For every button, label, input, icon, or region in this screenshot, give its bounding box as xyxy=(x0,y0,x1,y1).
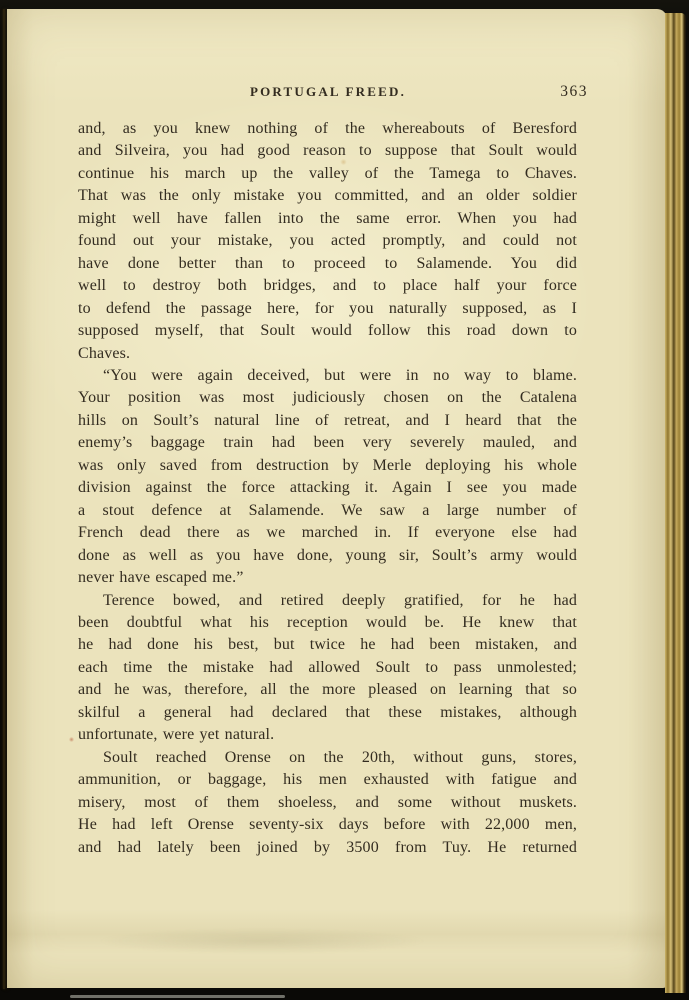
text-line: have done better than to proceed to Sala… xyxy=(78,253,577,275)
text-line: French dead there as we marched in. If e… xyxy=(78,522,577,544)
paragraph: and, as you knew nothing of the whereabo… xyxy=(78,118,577,365)
foxing-speck xyxy=(340,159,347,165)
paper-smudge xyxy=(97,928,427,954)
text-line: never have escaped me.” xyxy=(78,567,577,589)
text-line: unfortunate, were yet natural. xyxy=(78,724,577,746)
text-line: a stout defence at Salamende. We saw a l… xyxy=(78,500,577,522)
text-line: skilful a general had declared that thes… xyxy=(78,702,577,724)
scanner-edge-highlight xyxy=(70,995,285,998)
text-line: each time the mistake had allowed Soult … xyxy=(78,657,577,679)
page-gutter-crease xyxy=(3,9,5,989)
book-scan: PORTUGAL FREED. 363 and, as you knew not… xyxy=(0,0,689,1000)
text-line: continue his march up the valley of the … xyxy=(78,163,577,185)
running-head-title: PORTUGAL FREED. xyxy=(78,84,578,100)
paragraph: Terence bowed, and retired deeply gratif… xyxy=(78,590,577,747)
text-line: and had lately been joined by 3500 from … xyxy=(78,837,577,859)
text-line: found out your mistake, you acted prompt… xyxy=(78,230,577,252)
text-line: to defend the passage here, for you natu… xyxy=(78,298,577,320)
book-fore-edge-pages xyxy=(665,13,686,993)
text-line: enemy’s baggage train had been very seve… xyxy=(78,432,577,454)
book-page: PORTUGAL FREED. 363 and, as you knew not… xyxy=(7,9,667,988)
text-line: he had done his best, but twice he had b… xyxy=(78,634,577,656)
page-header: PORTUGAL FREED. 363 xyxy=(78,84,578,102)
text-line: That was the only mistake you committed,… xyxy=(78,185,577,207)
text-line: Soult reached Orense on the 20th, withou… xyxy=(78,747,577,769)
text-line: “You were again deceived, but were in no… xyxy=(78,365,577,387)
text-line: might well have fallen into the same err… xyxy=(78,208,577,230)
text-line: misery, most of them shoeless, and some … xyxy=(78,792,577,814)
text-line: Chaves. xyxy=(78,343,577,365)
page-text: and, as you knew nothing of the whereabo… xyxy=(78,118,577,859)
text-line: Your position was most judiciously chose… xyxy=(78,387,577,409)
page-number: 363 xyxy=(560,83,588,101)
text-line: hills on Soult’s natural line of retreat… xyxy=(78,410,577,432)
text-line: done as well as you have done, young sir… xyxy=(78,545,577,567)
text-line: and he was, therefore, all the more plea… xyxy=(78,679,577,701)
text-line: ammunition, or baggage, his men exhauste… xyxy=(78,769,577,791)
text-line: Terence bowed, and retired deeply gratif… xyxy=(78,590,577,612)
text-line: division against the force attacking it.… xyxy=(78,477,577,499)
text-line: been doubtful what his reception would b… xyxy=(78,612,577,634)
foxing-speck xyxy=(69,737,74,742)
paragraph: Soult reached Orense on the 20th, withou… xyxy=(78,747,577,859)
text-line: He had left Orense seventy-six days befo… xyxy=(78,814,577,836)
text-line: well to destroy both bridges, and to pla… xyxy=(78,275,577,297)
text-line: and Silveira, you had good reason to sup… xyxy=(78,140,577,162)
text-line: and, as you knew nothing of the whereabo… xyxy=(78,118,577,140)
text-line: supposed myself, that Soult would follow… xyxy=(78,320,577,342)
text-line: was only saved from destruction by Merle… xyxy=(78,455,577,477)
paragraph: “You were again deceived, but were in no… xyxy=(78,365,577,590)
